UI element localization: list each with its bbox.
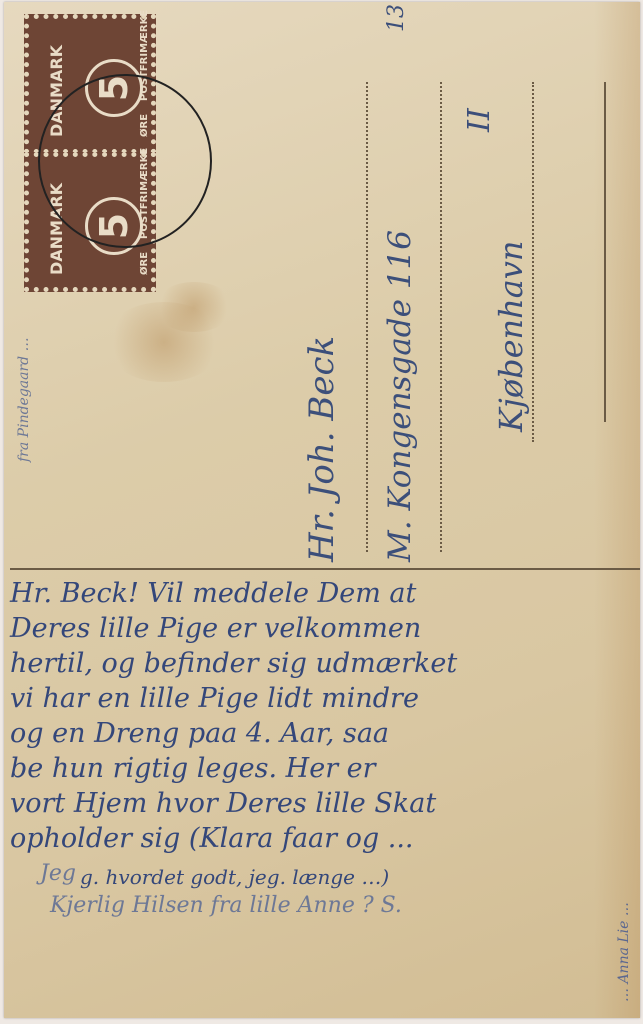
message-faint-line: Jeg [40,856,76,891]
message-line: vort Hjem hvor Deres lille Skat [10,786,632,821]
address-line-1-rule [366,82,370,552]
message-line: Deres lille Pige er velkommen [10,611,632,646]
message-line: Hr. Beck! Vil meddele Dem at [10,576,632,611]
address-street: M. Kongensgade 116 [382,230,418,562]
message-line: hertil, og befinder sig udmærket [10,646,632,681]
message-line: be hun rigtig leges. Her er [10,751,632,786]
address-line-2-rule [440,82,444,552]
address-line-4-rule [604,82,608,422]
address-recipient: Hr. Joh. Beck [302,336,342,562]
handwritten-message: Hr. Beck! Vil meddele Dem at Deres lille… [10,576,632,923]
left-margin-note: fra Pindegaard … [16,337,32,462]
message-line: og en Dreng paa 4. Aar, saa [10,716,632,751]
stain [154,282,234,332]
message-divider [10,568,640,570]
postcard: DANMARK 5 ØRE POSTFRIMÆRKE DANMARK 5 ØRE… [4,2,640,1018]
address-city: Kjøbenhavn [492,241,530,433]
address-floor: II [462,108,497,132]
address-corner-note: 13 [384,4,409,32]
message-line: opholder sig (Klara faar og ... [10,821,632,856]
stamp-unit: ØRE [139,252,150,275]
message-inserted-line: g. hvordet godt, jeg. længe …) [80,860,389,895]
message-side-note: … Anna Lie … [616,902,632,1002]
message-line: vi har en lille Pige lidt mindre [10,681,632,716]
postmark-circle [38,74,212,248]
address-line-3-rule [532,82,536,442]
